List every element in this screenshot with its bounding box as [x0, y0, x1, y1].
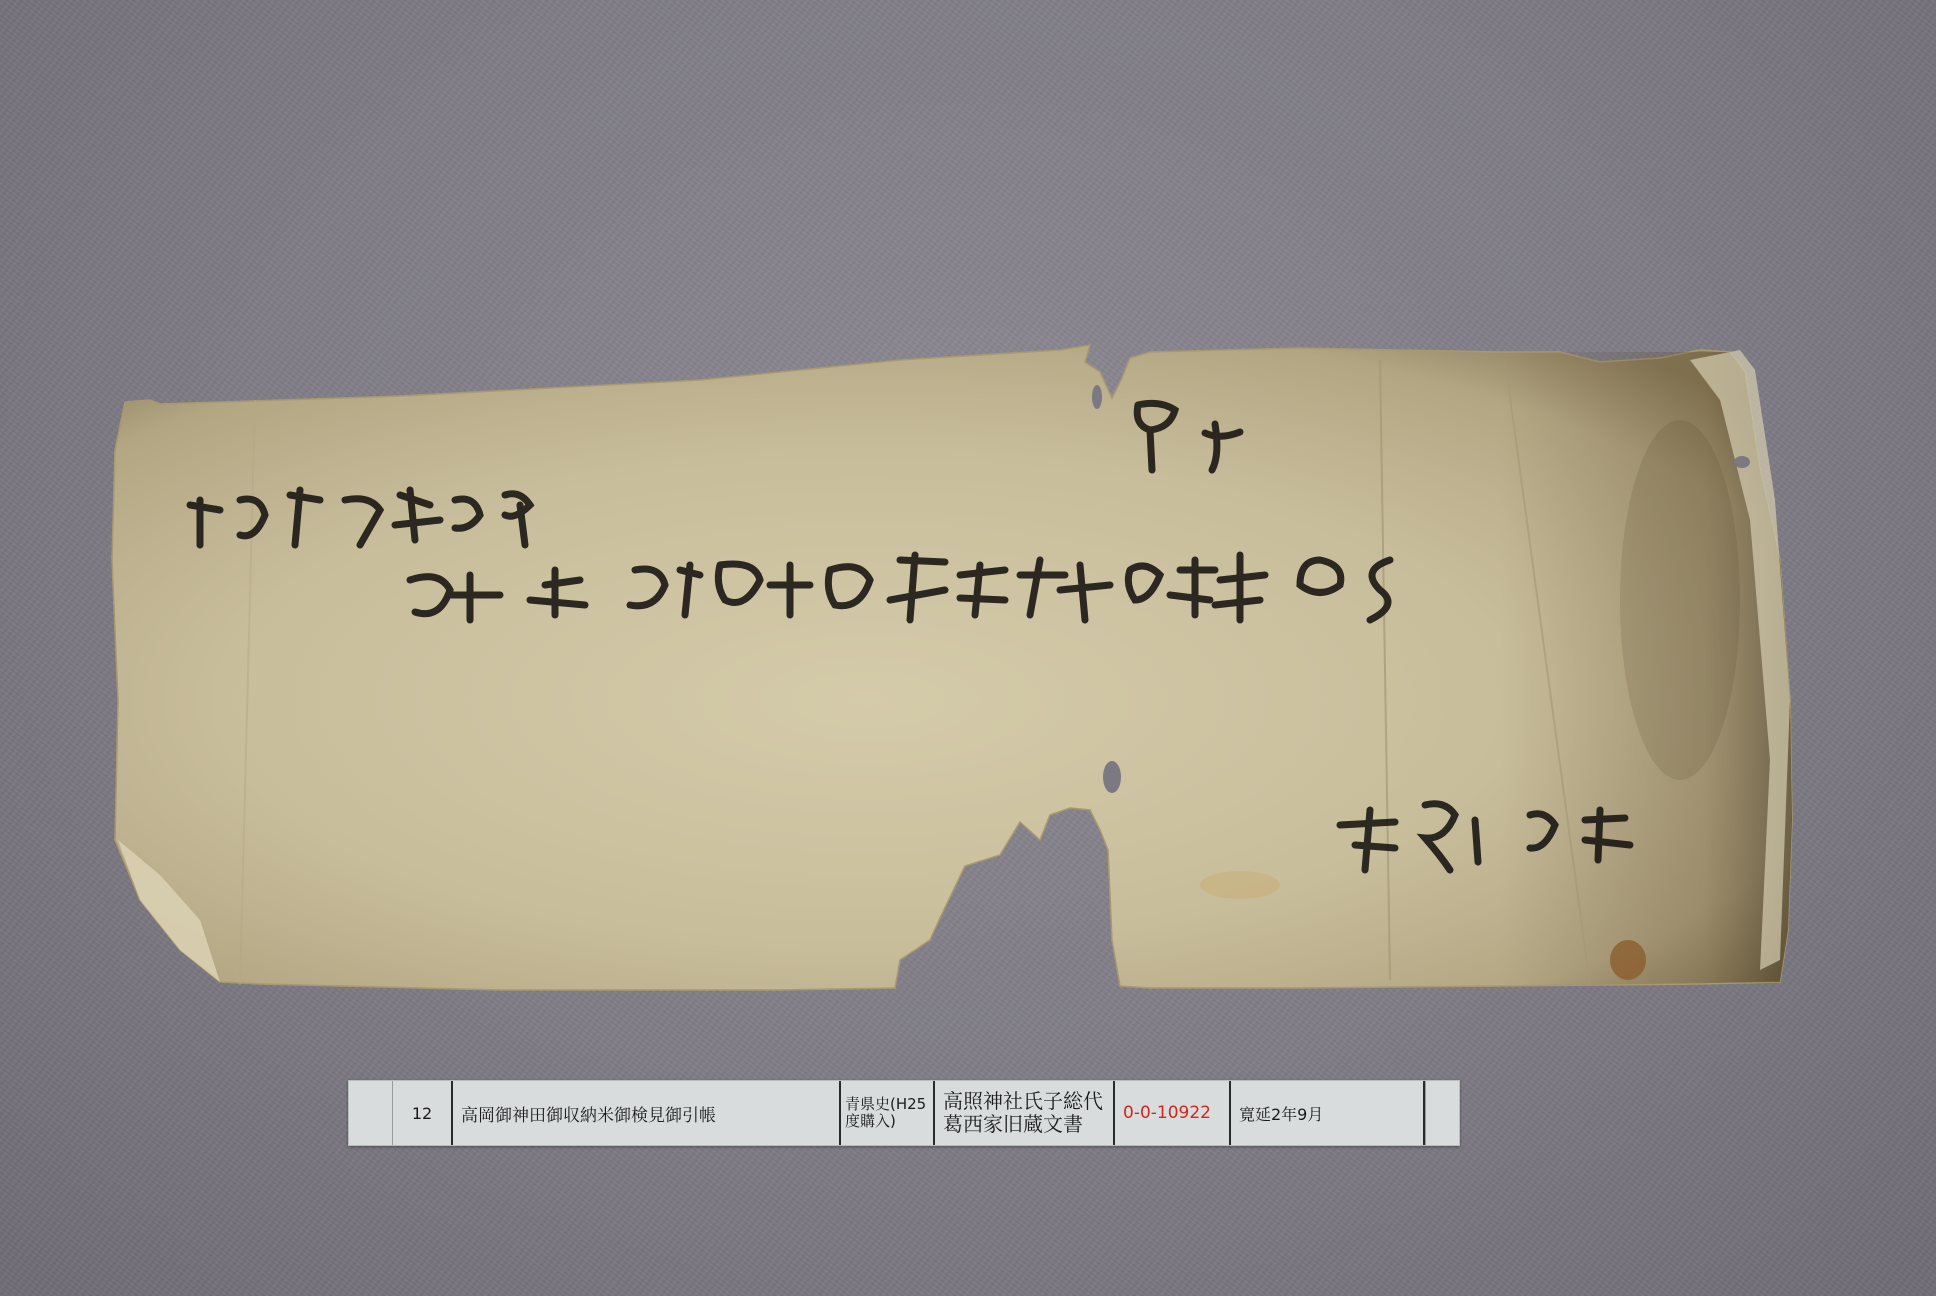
- label-collection-line1: 高照神社氏子総代: [943, 1090, 1103, 1113]
- label-source-line1: 青県史(H25: [845, 1096, 926, 1113]
- label-collection-line2: 葛西家旧蔵文書: [943, 1113, 1083, 1136]
- label-source-line2: 度購入): [845, 1113, 896, 1130]
- label-title: 高岡御神田御収納米御検見御引帳: [453, 1081, 841, 1145]
- label-end-cell: [1425, 1081, 1459, 1145]
- label-catalog-id: 0-0-10922: [1115, 1081, 1231, 1145]
- label-date: 寛延2年9月: [1231, 1081, 1425, 1145]
- label-number: 12: [393, 1081, 453, 1145]
- label-source: 青県史(H25 度購入): [841, 1081, 935, 1145]
- label-blank-cell: [349, 1081, 393, 1145]
- label-collection: 高照神社氏子総代 葛西家旧蔵文書: [935, 1081, 1115, 1145]
- catalog-label-strip: 12 高岡御神田御収納米御検見御引帳 青県史(H25 度購入) 高照神社氏子総代…: [348, 1080, 1460, 1146]
